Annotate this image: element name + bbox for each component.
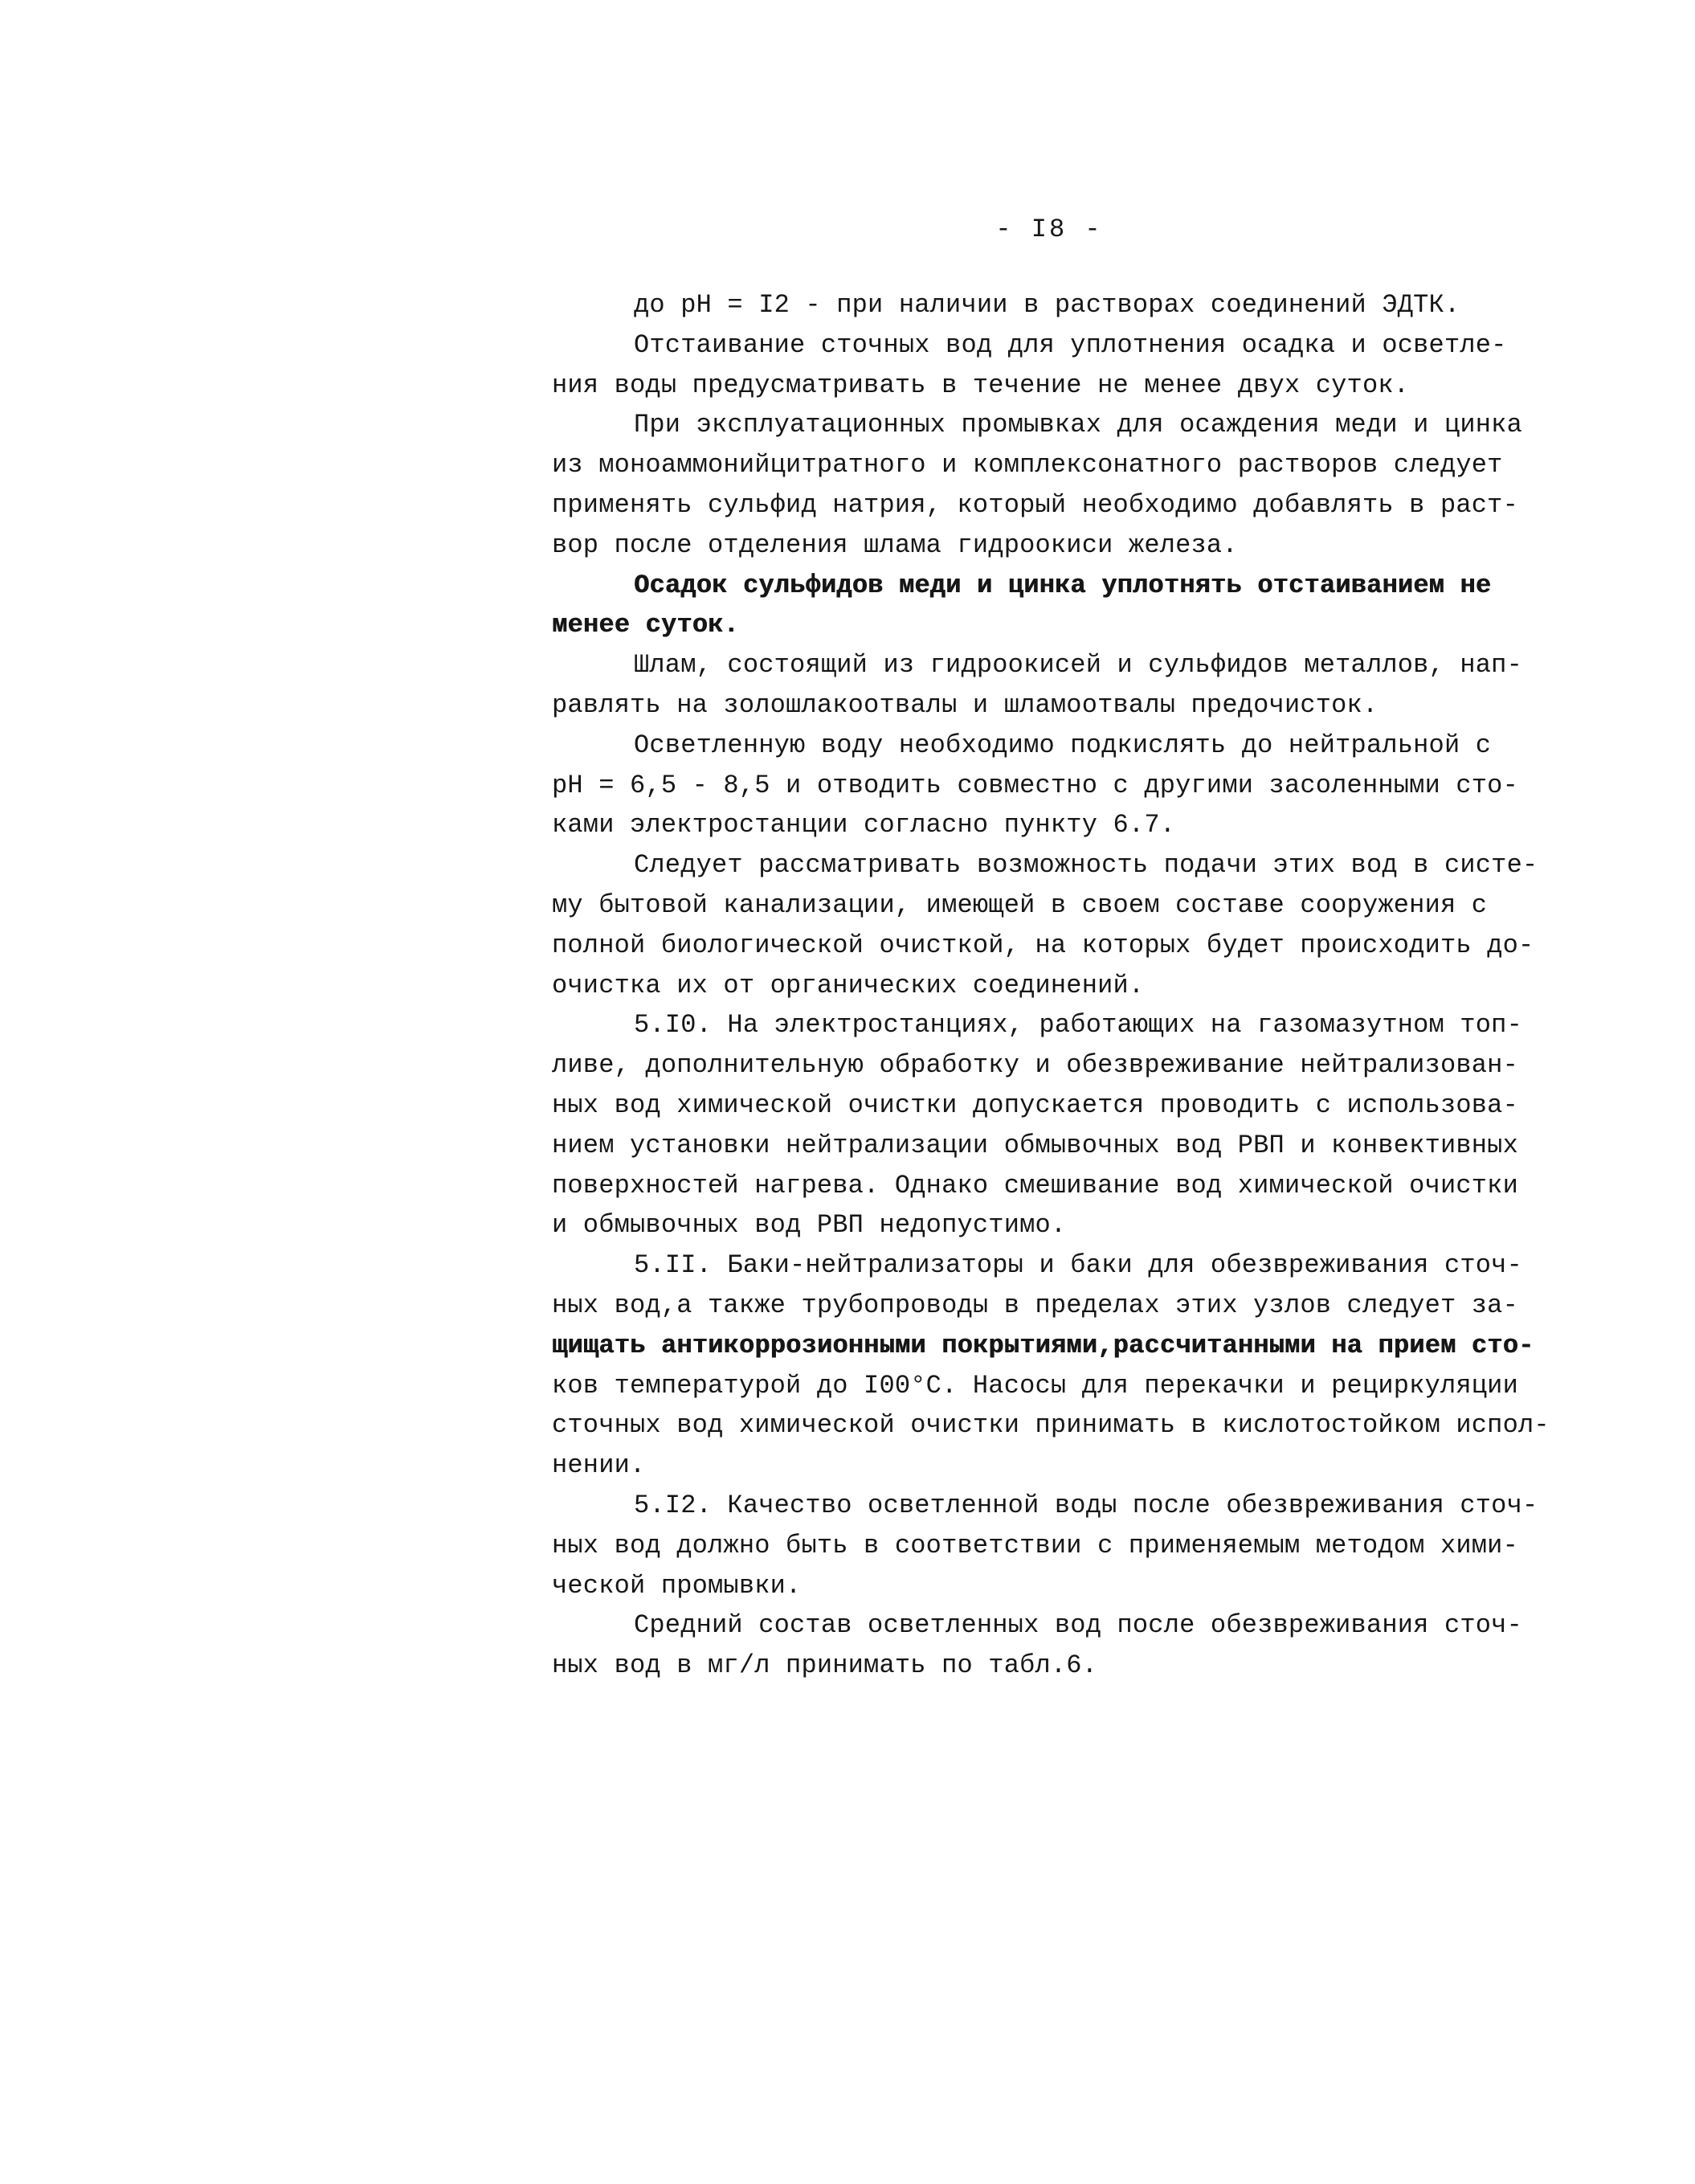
text-line: pH = 6,5 - 8,5 и отводить совместно с др… <box>552 766 1546 806</box>
text-line: Осадок сульфидов меди и цинка уплотнять … <box>552 566 1546 606</box>
text-line: ния воды предусматривать в течение не ме… <box>552 366 1546 406</box>
page-number: - I8 - <box>552 214 1546 246</box>
text-line: менее суток. <box>552 605 1546 645</box>
text-line: очистка их от органических соединений. <box>552 966 1546 1006</box>
text-line: до pH = I2 - при наличии в растворах сое… <box>552 285 1546 325</box>
text-line: и обмывочных вод РВП недопустимо. <box>552 1205 1546 1245</box>
text-line: ных вод должно быть в соответствии с при… <box>552 1526 1546 1566</box>
text-line: ливе, дополнительную обработку и обезвре… <box>552 1045 1546 1086</box>
text-line: равлять на золошлакоотвалы и шламоотвалы… <box>552 685 1546 726</box>
text-line: из моноаммонийцитратного и комплексонатн… <box>552 445 1546 485</box>
text-line: ных вод,а также трубопроводы в пределах … <box>552 1286 1546 1326</box>
text-line: Шлам, состоящий из гидроокисей и сульфид… <box>552 645 1546 685</box>
text-line: ных вод в мг/л принимать по табл.6. <box>552 1646 1546 1686</box>
text-line: поверхностей нагрева. Однако смешивание … <box>552 1166 1546 1206</box>
text-line: 5.I0. На электростанциях, работающих на … <box>552 1005 1546 1045</box>
document-page: - I8 - до pH = I2 - при наличии в раство… <box>0 0 1695 2184</box>
text-line: Осветленную воду необходимо подкислять д… <box>552 726 1546 766</box>
document-body: до pH = I2 - при наличии в растворах сое… <box>552 285 1546 1686</box>
text-line: ных вод химической очистки допускается п… <box>552 1086 1546 1126</box>
text-line: ков температурой до I00°С. Насосы для пе… <box>552 1366 1546 1406</box>
text-line: ками электростанции согласно пункту 6.7. <box>552 805 1546 845</box>
text-line: 5.I2. Качество осветленной воды после об… <box>552 1486 1546 1526</box>
text-line: полной биологической очисткой, на которы… <box>552 926 1546 966</box>
text-column: - I8 - до pH = I2 - при наличии в раство… <box>552 214 1546 1686</box>
text-line: Следует рассматривать возможность подачи… <box>552 845 1546 885</box>
text-line: нием установки нейтрализации обмывочных … <box>552 1126 1546 1166</box>
text-line: Отстаивание сточных вод для уплотнения о… <box>552 325 1546 366</box>
text-line: применять сульфид натрия, который необхо… <box>552 485 1546 526</box>
text-line: щищать антикоррозионными покрытиями,расс… <box>552 1326 1546 1366</box>
text-line: му бытовой канализации, имеющей в своем … <box>552 885 1546 926</box>
text-line: нении. <box>552 1446 1546 1486</box>
text-line: Средний состав осветленных вод после обе… <box>552 1605 1546 1646</box>
text-line: ческой промывки. <box>552 1566 1546 1606</box>
text-line: При эксплуатационных промывках для осажд… <box>552 405 1546 445</box>
text-line: 5.II. Баки-нейтрализаторы и баки для обе… <box>552 1245 1546 1286</box>
text-line: вор после отделения шлама гидроокиси жел… <box>552 526 1546 566</box>
text-line: сточных вод химической очистки принимать… <box>552 1405 1546 1446</box>
